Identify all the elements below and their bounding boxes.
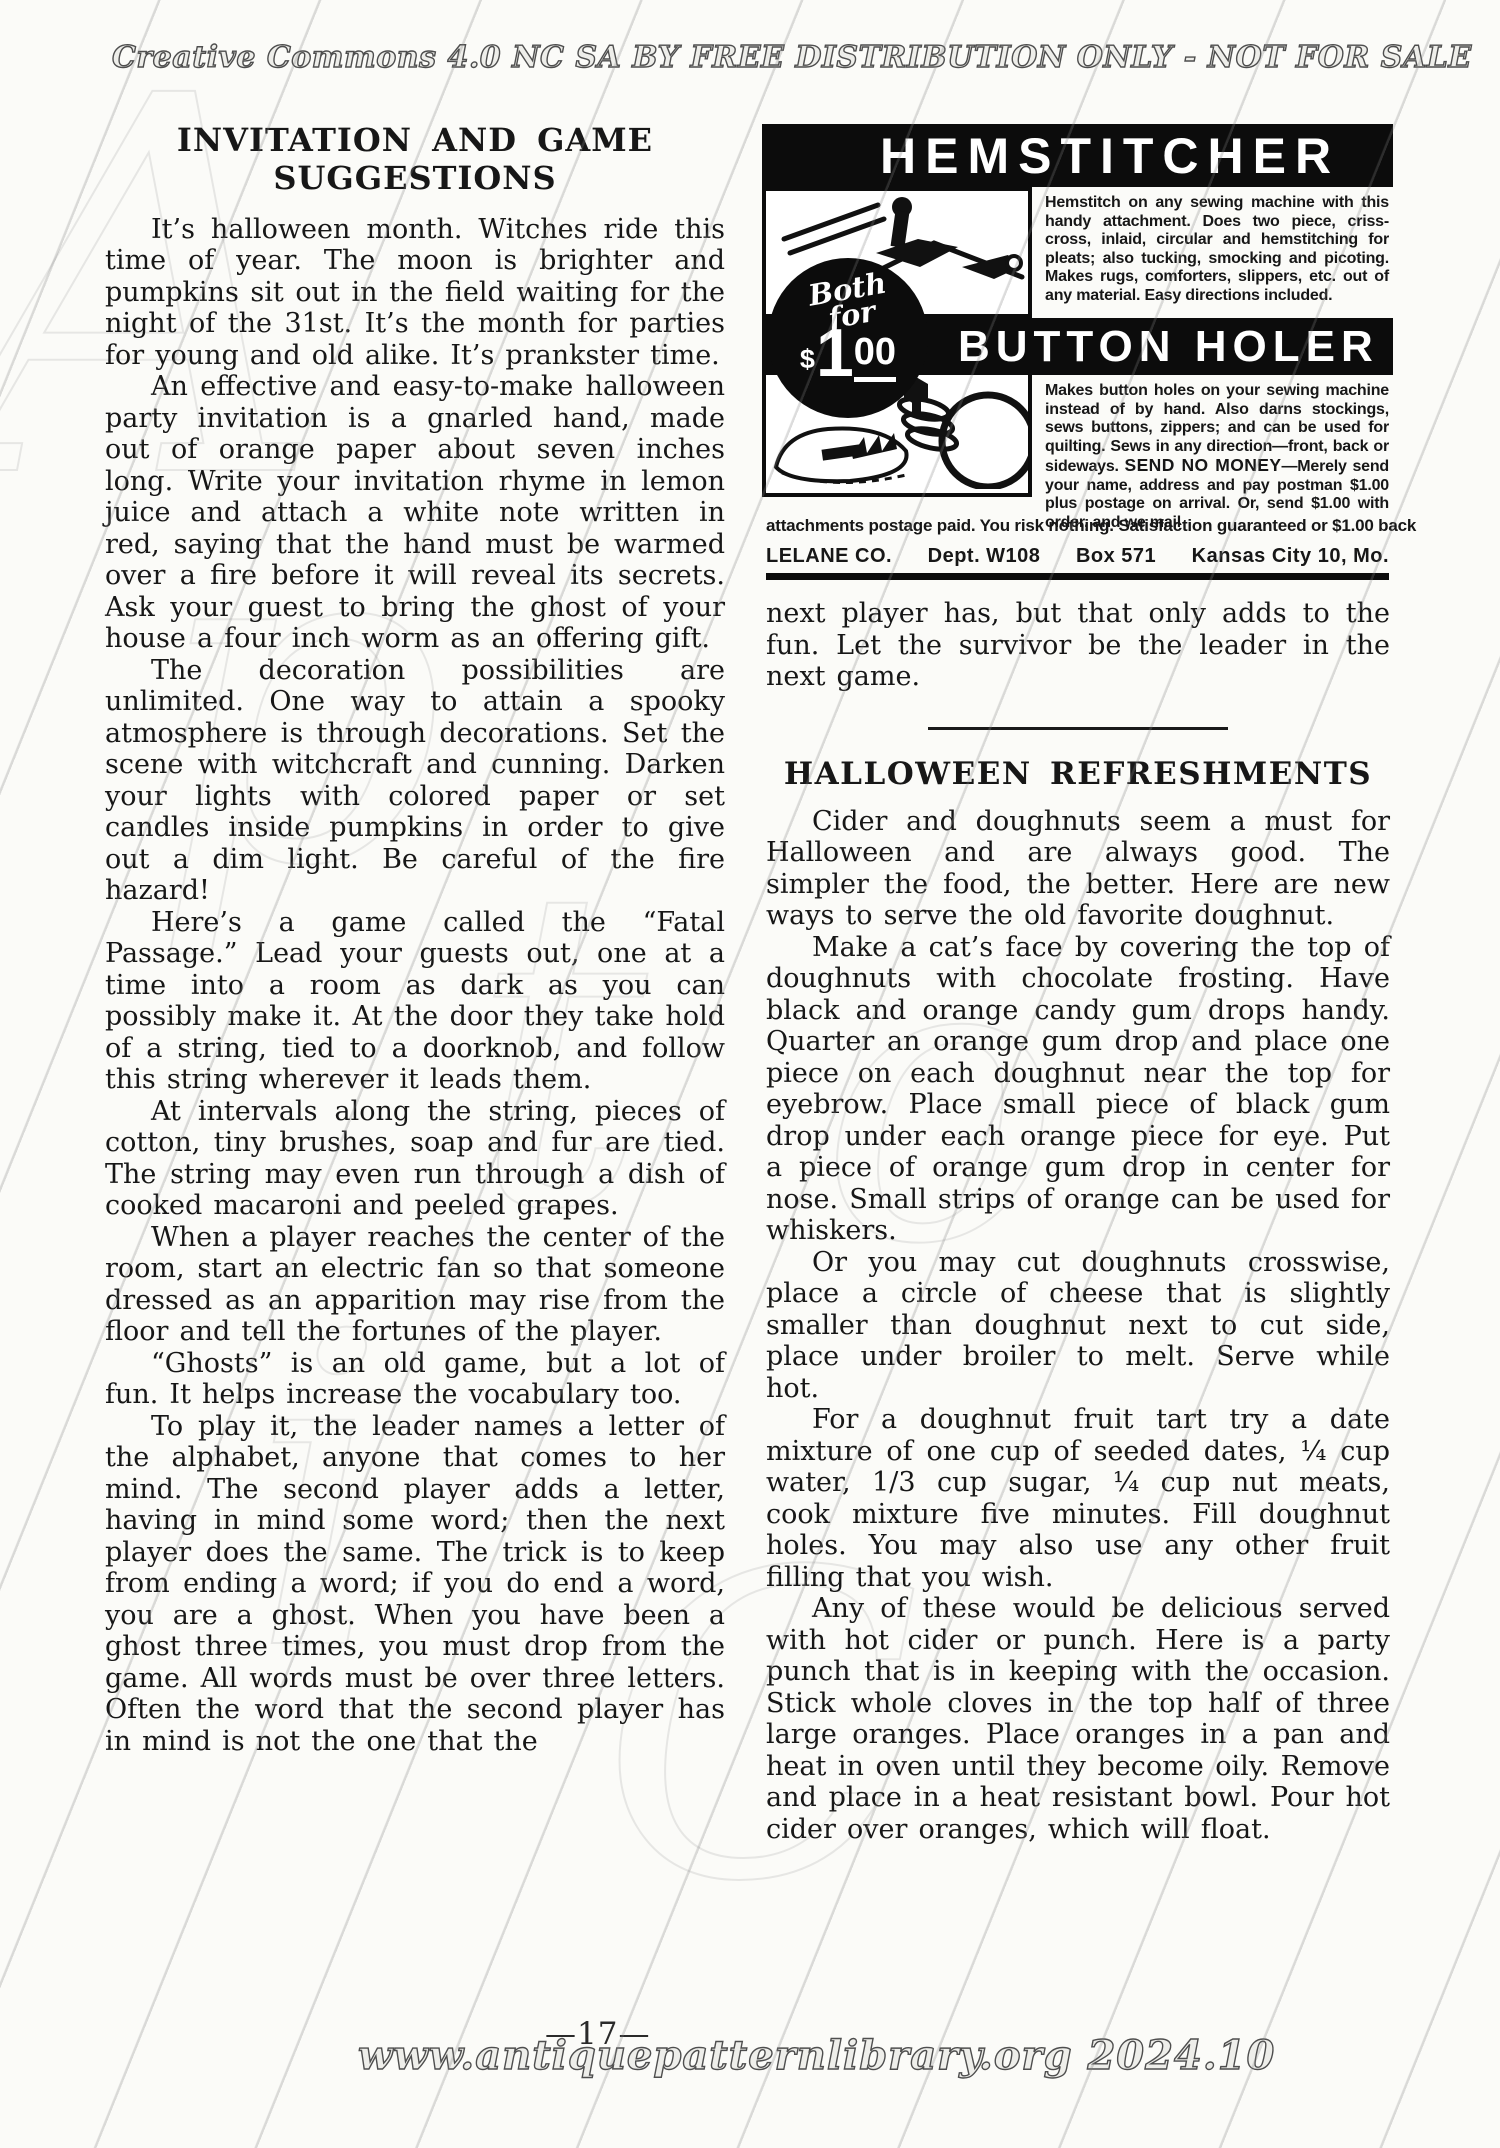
button-holer-title: BUTTON HOLER (958, 322, 1379, 372)
left-column: INVITATION AND GAME SUGGESTIONS It’s hal… (105, 122, 725, 1757)
section-title: HALLOWEEN REFRESHMENTS (766, 756, 1390, 792)
paragraph: It’s halloween month. Witches ride this … (105, 214, 725, 372)
scanned-magazine-page: A p t i o C Creative Commons 4.0 NC SA B… (0, 0, 1500, 2148)
hemstitcher-banner: HEMSTITCHER (762, 124, 1393, 187)
article-title-line2: SUGGESTIONS (273, 159, 556, 197)
right-column: next player has, but that only adds to t… (766, 598, 1390, 1845)
page-number: —17— (545, 2016, 650, 2052)
paragraph: Make a cat’s face by covering the top of… (766, 932, 1390, 1247)
paragraph: Here’s a game called the “Fatal Passage.… (105, 907, 725, 1096)
ad-guarantee-line: attachments postage paid. You risk nothi… (766, 516, 1389, 536)
paragraph: Any of these would be delicious served w… (766, 1593, 1390, 1845)
company-city: Kansas City 10, Mo. (1192, 545, 1389, 568)
article-title-line1: INVITATION AND GAME (177, 121, 653, 159)
footer-watermark: www.antiquepatternlibrary.org 2024.10 (358, 2032, 1275, 2079)
hemstitcher-title: HEMSTITCHER (880, 127, 1340, 185)
paragraph: “Ghosts” is an old game, but a lot of fu… (105, 1348, 725, 1411)
sewing-attachments-advertisement: HEMSTITCHER Hemstitch on any sewing mach… (762, 124, 1393, 580)
paragraph: When a player reaches the center of the … (105, 1222, 725, 1348)
paragraph: To play it, the leader names a letter of… (105, 1411, 725, 1758)
ad-bottom-rule (766, 573, 1389, 580)
license-header-watermark: Creative Commons 4.0 NC SA BY FREE DISTR… (112, 40, 1472, 75)
paragraph: For a doughnut fruit tart try a date mix… (766, 1404, 1390, 1593)
paragraph: At intervals along the string, pieces of… (105, 1096, 725, 1222)
company-name: LELANE CO. (766, 545, 892, 568)
paragraph: The decoration possibilities are unlimit… (105, 655, 725, 907)
dollar-sign: $ (800, 336, 815, 382)
article-title: INVITATION AND GAME SUGGESTIONS (105, 122, 725, 198)
paragraph: Or you may cut doughnuts crosswise, plac… (766, 1247, 1390, 1405)
paragraph-continuation: next player has, but that only adds to t… (766, 598, 1390, 693)
ad-company-line: LELANE CO. Dept. W108 Box 571 Kansas Cit… (766, 545, 1389, 568)
price-badge: Both for $100 (768, 258, 928, 418)
send-no-money-label: SEND NO MONEY (1125, 455, 1282, 475)
paragraph: Cider and doughnuts seem a must for Hall… (766, 806, 1390, 932)
button-holer-description: Makes button holes on your sewing machin… (1045, 382, 1389, 532)
price-cents: 00 (854, 327, 896, 382)
hemstitcher-description: Hemstitch on any sewing machine with thi… (1045, 194, 1389, 305)
company-box: Box 571 (1076, 545, 1156, 568)
company-dept: Dept. W108 (928, 545, 1041, 568)
paragraph: An effective and easy-to-make halloween … (105, 371, 725, 655)
section-divider (928, 727, 1228, 730)
